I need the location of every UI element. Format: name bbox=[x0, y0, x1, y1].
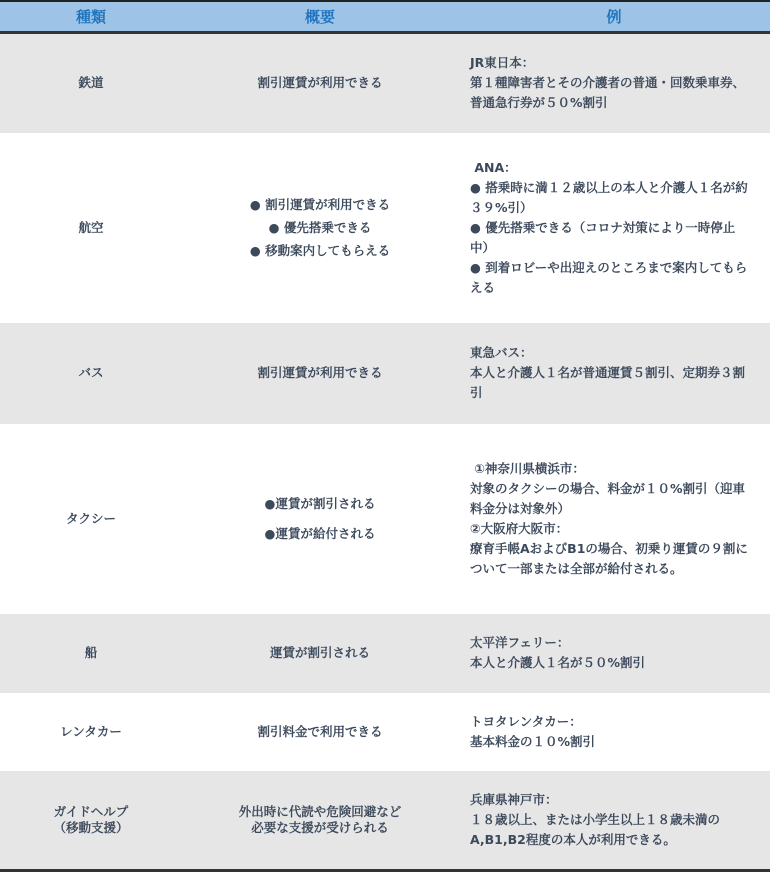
summary-line: 必要な支援が受けられる bbox=[182, 820, 458, 836]
summary-cell: 外出時に代読や危険回避など 必要な支援が受けられる bbox=[182, 771, 458, 871]
example-line: ANA： bbox=[470, 158, 760, 178]
table-row-ship: 船 運賃が割引される 太平洋フェリー： 本人と介護人１名が５０%割引 bbox=[0, 614, 770, 693]
example-cell: JR東日本： 第１種障害者とその介護者の普通・回数乗車券、 普通急行券が５０%割… bbox=[458, 33, 770, 133]
example-line: ②大阪府大阪市： bbox=[470, 519, 760, 539]
table-row-railway: 鉄道 割引運賃が利用できる JR東日本： 第１種障害者とその介護者の普通・回数乗… bbox=[0, 33, 770, 133]
example-cell: 東急バス： 本人と介護人１名が普通運賃５割引、定期券３割 引 bbox=[458, 323, 770, 424]
example-line: 本人と介護人１名が普通運賃５割引、定期券３割 bbox=[470, 363, 760, 383]
example-line: A,B1,B2程度の本人が利用できる。 bbox=[470, 830, 760, 850]
table-row-bus: バス 割引運賃が利用できる 東急バス： 本人と介護人１名が普通運賃５割引、定期券… bbox=[0, 323, 770, 424]
kind-line: ガイドヘルプ bbox=[0, 804, 182, 820]
kind-cell: タクシー bbox=[0, 424, 182, 614]
table-header-row: 種類 概要 例 bbox=[0, 1, 770, 33]
summary-cell: 割引運賃が利用できる bbox=[182, 323, 458, 424]
kind-line: （移動支援） bbox=[0, 820, 182, 836]
summary-cell: ●運賃が割引される ●運賃が給付される bbox=[182, 424, 458, 614]
kind-cell: バス bbox=[0, 323, 182, 424]
example-line: ①神奈川県横浜市： bbox=[470, 459, 760, 479]
example-line: 本人と介護人１名が５０%割引 bbox=[470, 653, 760, 673]
example-line: 基本料金の１０%割引 bbox=[470, 732, 760, 752]
example-line: 兵庫県神戸市： bbox=[470, 790, 760, 810]
header-example: 例 bbox=[458, 1, 770, 33]
example-line: JR東日本： bbox=[470, 53, 760, 73]
summary-line: 運賃が割引される bbox=[182, 643, 458, 663]
summary-cell: 運賃が割引される bbox=[182, 614, 458, 693]
summary-line: ● 移動案内してもらえる bbox=[182, 241, 458, 261]
example-line: ● 搭乗時に満１２歳以上の本人と介護人１名が約 bbox=[470, 178, 760, 198]
example-line: 普通急行券が５０%割引 bbox=[470, 93, 760, 113]
summary-cell: ● 割引運賃が利用できる ● 優先搭乗できる ● 移動案内してもらえる bbox=[182, 133, 458, 323]
summary-line: ● 割引運賃が利用できる bbox=[182, 195, 458, 215]
kind-cell: 船 bbox=[0, 614, 182, 693]
example-line: トヨタレンタカー： bbox=[470, 712, 760, 732]
table-row-guide-help: ガイドヘルプ （移動支援） 外出時に代読や危険回避など 必要な支援が受けられる … bbox=[0, 771, 770, 871]
table-row-rental-car: レンタカー 割引料金で利用できる トヨタレンタカー： 基本料金の１０%割引 bbox=[0, 693, 770, 771]
example-cell: トヨタレンタカー： 基本料金の１０%割引 bbox=[458, 693, 770, 771]
example-line: ● 到着ロビーや出迎えのところまで案内してもら bbox=[470, 258, 760, 278]
kind-cell: ガイドヘルプ （移動支援） bbox=[0, 771, 182, 871]
example-line: える bbox=[470, 278, 760, 298]
example-line: ● 優先搭乗できる（コロナ対策により一時停止 bbox=[470, 218, 760, 238]
summary-line: 外出時に代読や危険回避など bbox=[182, 804, 458, 820]
summary-line: ● 優先搭乗できる bbox=[182, 218, 458, 238]
example-cell: ANA： ● 搭乗時に満１２歳以上の本人と介護人１名が約 ３９%引） ● 優先搭… bbox=[458, 133, 770, 323]
example-cell: 兵庫県神戸市： １８歳以上、または小学生以上１８歳未満の A,B1,B2程度の本… bbox=[458, 771, 770, 871]
example-cell: ①神奈川県横浜市： 対象のタクシーの場合、料金が１０%割引（迎車 料金分は対象外… bbox=[458, 424, 770, 614]
example-line: 対象のタクシーの場合、料金が１０%割引（迎車 bbox=[470, 479, 760, 499]
kind-cell: レンタカー bbox=[0, 693, 182, 771]
header-kind: 種類 bbox=[0, 1, 182, 33]
summary-cell: 割引料金で利用できる bbox=[182, 693, 458, 771]
table-row-taxi: タクシー ●運賃が割引される ●運賃が給付される ①神奈川県横浜市： 対象のタク… bbox=[0, 424, 770, 614]
example-line: 中） bbox=[470, 238, 760, 258]
kind-cell: 鉄道 bbox=[0, 33, 182, 133]
transport-discount-table: 種類 概要 例 鉄道 割引運賃が利用できる JR東日本： 第１種障害者とその介護… bbox=[0, 0, 770, 872]
example-line: 料金分は対象外） bbox=[470, 499, 760, 519]
summary-line: ●運賃が割引される bbox=[182, 494, 458, 514]
header-summary: 概要 bbox=[182, 1, 458, 33]
example-line: 第１種障害者とその介護者の普通・回数乗車券、 bbox=[470, 73, 760, 93]
example-line: 東急バス： bbox=[470, 343, 760, 363]
summary-line: 割引運賃が利用できる bbox=[182, 363, 458, 383]
example-line: １８歳以上、または小学生以上１８歳未満の bbox=[470, 810, 760, 830]
example-line: 引 bbox=[470, 383, 760, 403]
kind-cell: 航空 bbox=[0, 133, 182, 323]
example-cell: 太平洋フェリー： 本人と介護人１名が５０%割引 bbox=[458, 614, 770, 693]
table-row-air: 航空 ● 割引運賃が利用できる ● 優先搭乗できる ● 移動案内してもらえる A… bbox=[0, 133, 770, 323]
summary-line: 割引料金で利用できる bbox=[182, 722, 458, 742]
summary-line: 割引運賃が利用できる bbox=[182, 73, 458, 93]
example-line: 療育手帳AおよびB1の場合、初乗り運賃の９割に bbox=[470, 539, 760, 559]
example-line: 太平洋フェリー： bbox=[470, 633, 760, 653]
example-line: ついて一部または全部が給付される。 bbox=[470, 559, 760, 579]
summary-line: ●運賃が給付される bbox=[182, 524, 458, 544]
example-line: ３９%引） bbox=[470, 198, 760, 218]
summary-cell: 割引運賃が利用できる bbox=[182, 33, 458, 133]
